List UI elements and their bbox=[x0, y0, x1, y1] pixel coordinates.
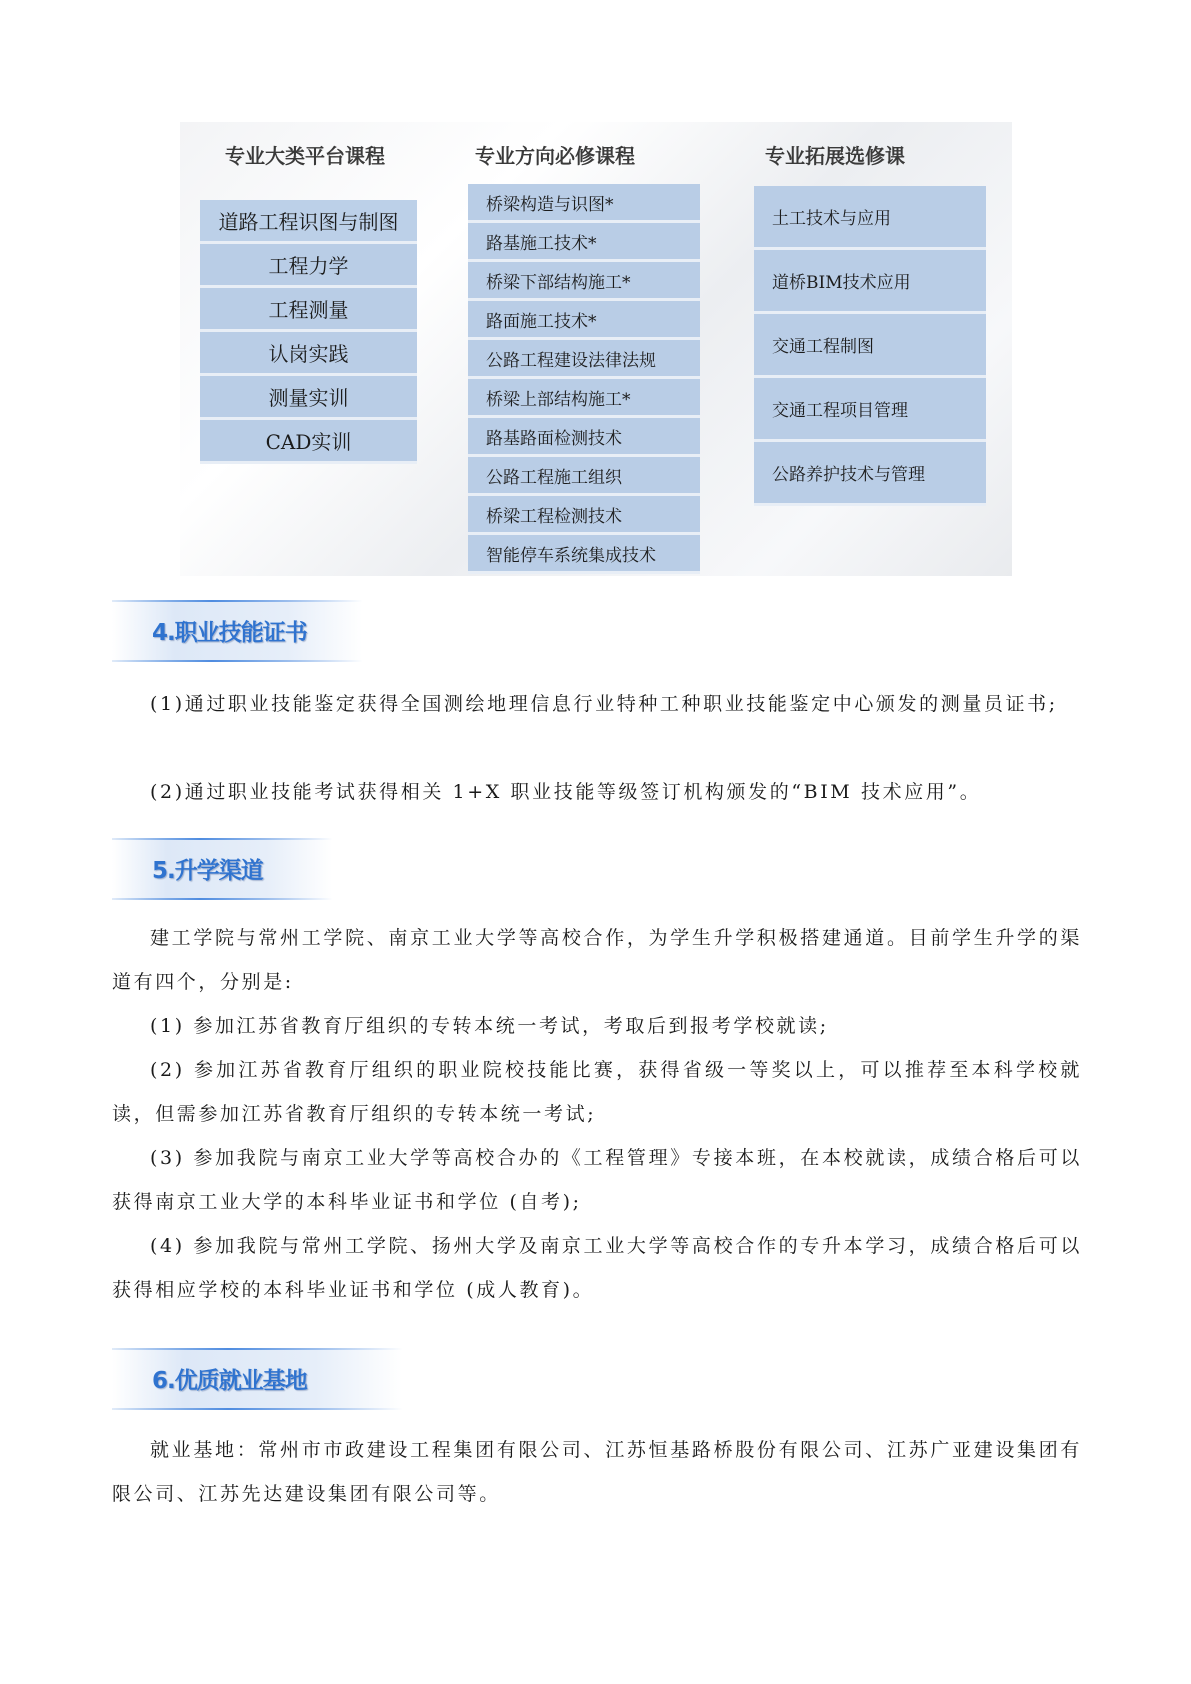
column-title-platform: 专业大类平台课程 bbox=[210, 140, 400, 169]
course-item: 公路工程施工组织 bbox=[468, 457, 700, 496]
course-structure-figure: 专业大类平台课程 专业方向必修课程 专业拓展选修课 道路工程识图与制图 工程力学… bbox=[180, 122, 1012, 576]
course-item: 桥梁下部结构施工* bbox=[468, 262, 700, 301]
course-item: 交通工程制图 bbox=[754, 314, 986, 378]
paragraph: 就业基地：常州市市政建设工程集团有限公司、江苏恒基路桥股份有限公司、江苏广亚建设… bbox=[112, 1428, 1082, 1516]
column-title-required: 专业方向必修课程 bbox=[450, 140, 660, 169]
paragraph: (1)通过职业技能鉴定获得全国测绘地理信息行业特种工种职业技能鉴定中心颁发的测量… bbox=[112, 682, 1082, 726]
elective-course-list: 土工技术与应用 道桥BIM技术应用 交通工程制图 交通工程项目管理 公路养护技术… bbox=[754, 186, 986, 506]
course-item: 桥梁构造与识图* bbox=[468, 184, 700, 223]
paragraph: (1) 参加江苏省教育厅组织的专转本统一考试，考取后到报考学校就读; bbox=[112, 1004, 1082, 1048]
paragraph: (4) 参加我院与常州工学院、扬州大学及南京工业大学等高校合作的专升本学习，成绩… bbox=[112, 1224, 1082, 1312]
paragraph: (2)通过职业技能考试获得相关 1+X 职业技能等级签订机构颁发的“BIM 技术… bbox=[112, 770, 1082, 814]
section-heading-employment-base: 6.优质就业基地 bbox=[112, 1348, 402, 1410]
course-item: 交通工程项目管理 bbox=[754, 378, 986, 442]
course-item: 桥梁上部结构施工* bbox=[468, 379, 700, 418]
paragraph: (3) 参加我院与南京工业大学等高校合办的《工程管理》专接本班，在本校就读，成绩… bbox=[112, 1136, 1082, 1224]
course-item: 土工技术与应用 bbox=[754, 186, 986, 250]
course-item: 认岗实践 bbox=[200, 332, 417, 376]
course-item: 路面施工技术* bbox=[468, 301, 700, 340]
paragraph: 建工学院与常州工学院、南京工业大学等高校合作，为学生升学积极搭建通道。目前学生升… bbox=[112, 916, 1082, 1004]
course-item: 桥梁工程检测技术 bbox=[468, 496, 700, 535]
section-heading-text: 5.升学渠道 bbox=[152, 852, 263, 885]
course-item: 路基施工技术* bbox=[468, 223, 700, 262]
course-item: 道桥BIM技术应用 bbox=[754, 250, 986, 314]
required-course-list: 桥梁构造与识图* 路基施工技术* 桥梁下部结构施工* 路面施工技术* 公路工程建… bbox=[468, 184, 700, 574]
section-heading-text: 4.职业技能证书 bbox=[152, 614, 307, 647]
column-title-elective: 专业拓展选修课 bbox=[740, 140, 930, 169]
course-item: 道路工程识图与制图 bbox=[200, 200, 417, 244]
course-item: 路基路面检测技术 bbox=[468, 418, 700, 457]
course-item: 测量实训 bbox=[200, 376, 417, 420]
course-item: 公路养护技术与管理 bbox=[754, 442, 986, 506]
course-item: 智能停车系统集成技术 bbox=[468, 535, 700, 574]
course-item: 工程力学 bbox=[200, 244, 417, 288]
section-heading-certificates: 4.职业技能证书 bbox=[112, 600, 362, 662]
course-item: CAD实训 bbox=[200, 420, 417, 464]
platform-course-list: 道路工程识图与制图 工程力学 工程测量 认岗实践 测量实训 CAD实训 bbox=[200, 200, 417, 464]
paragraph: (2) 参加江苏省教育厅组织的职业院校技能比赛，获得省级一等奖以上，可以推荐至本… bbox=[112, 1048, 1082, 1136]
section-heading-further-study: 5.升学渠道 bbox=[112, 838, 332, 900]
course-item: 工程测量 bbox=[200, 288, 417, 332]
course-item: 公路工程建设法律法规 bbox=[468, 340, 700, 379]
section-heading-text: 6.优质就业基地 bbox=[152, 1362, 307, 1395]
